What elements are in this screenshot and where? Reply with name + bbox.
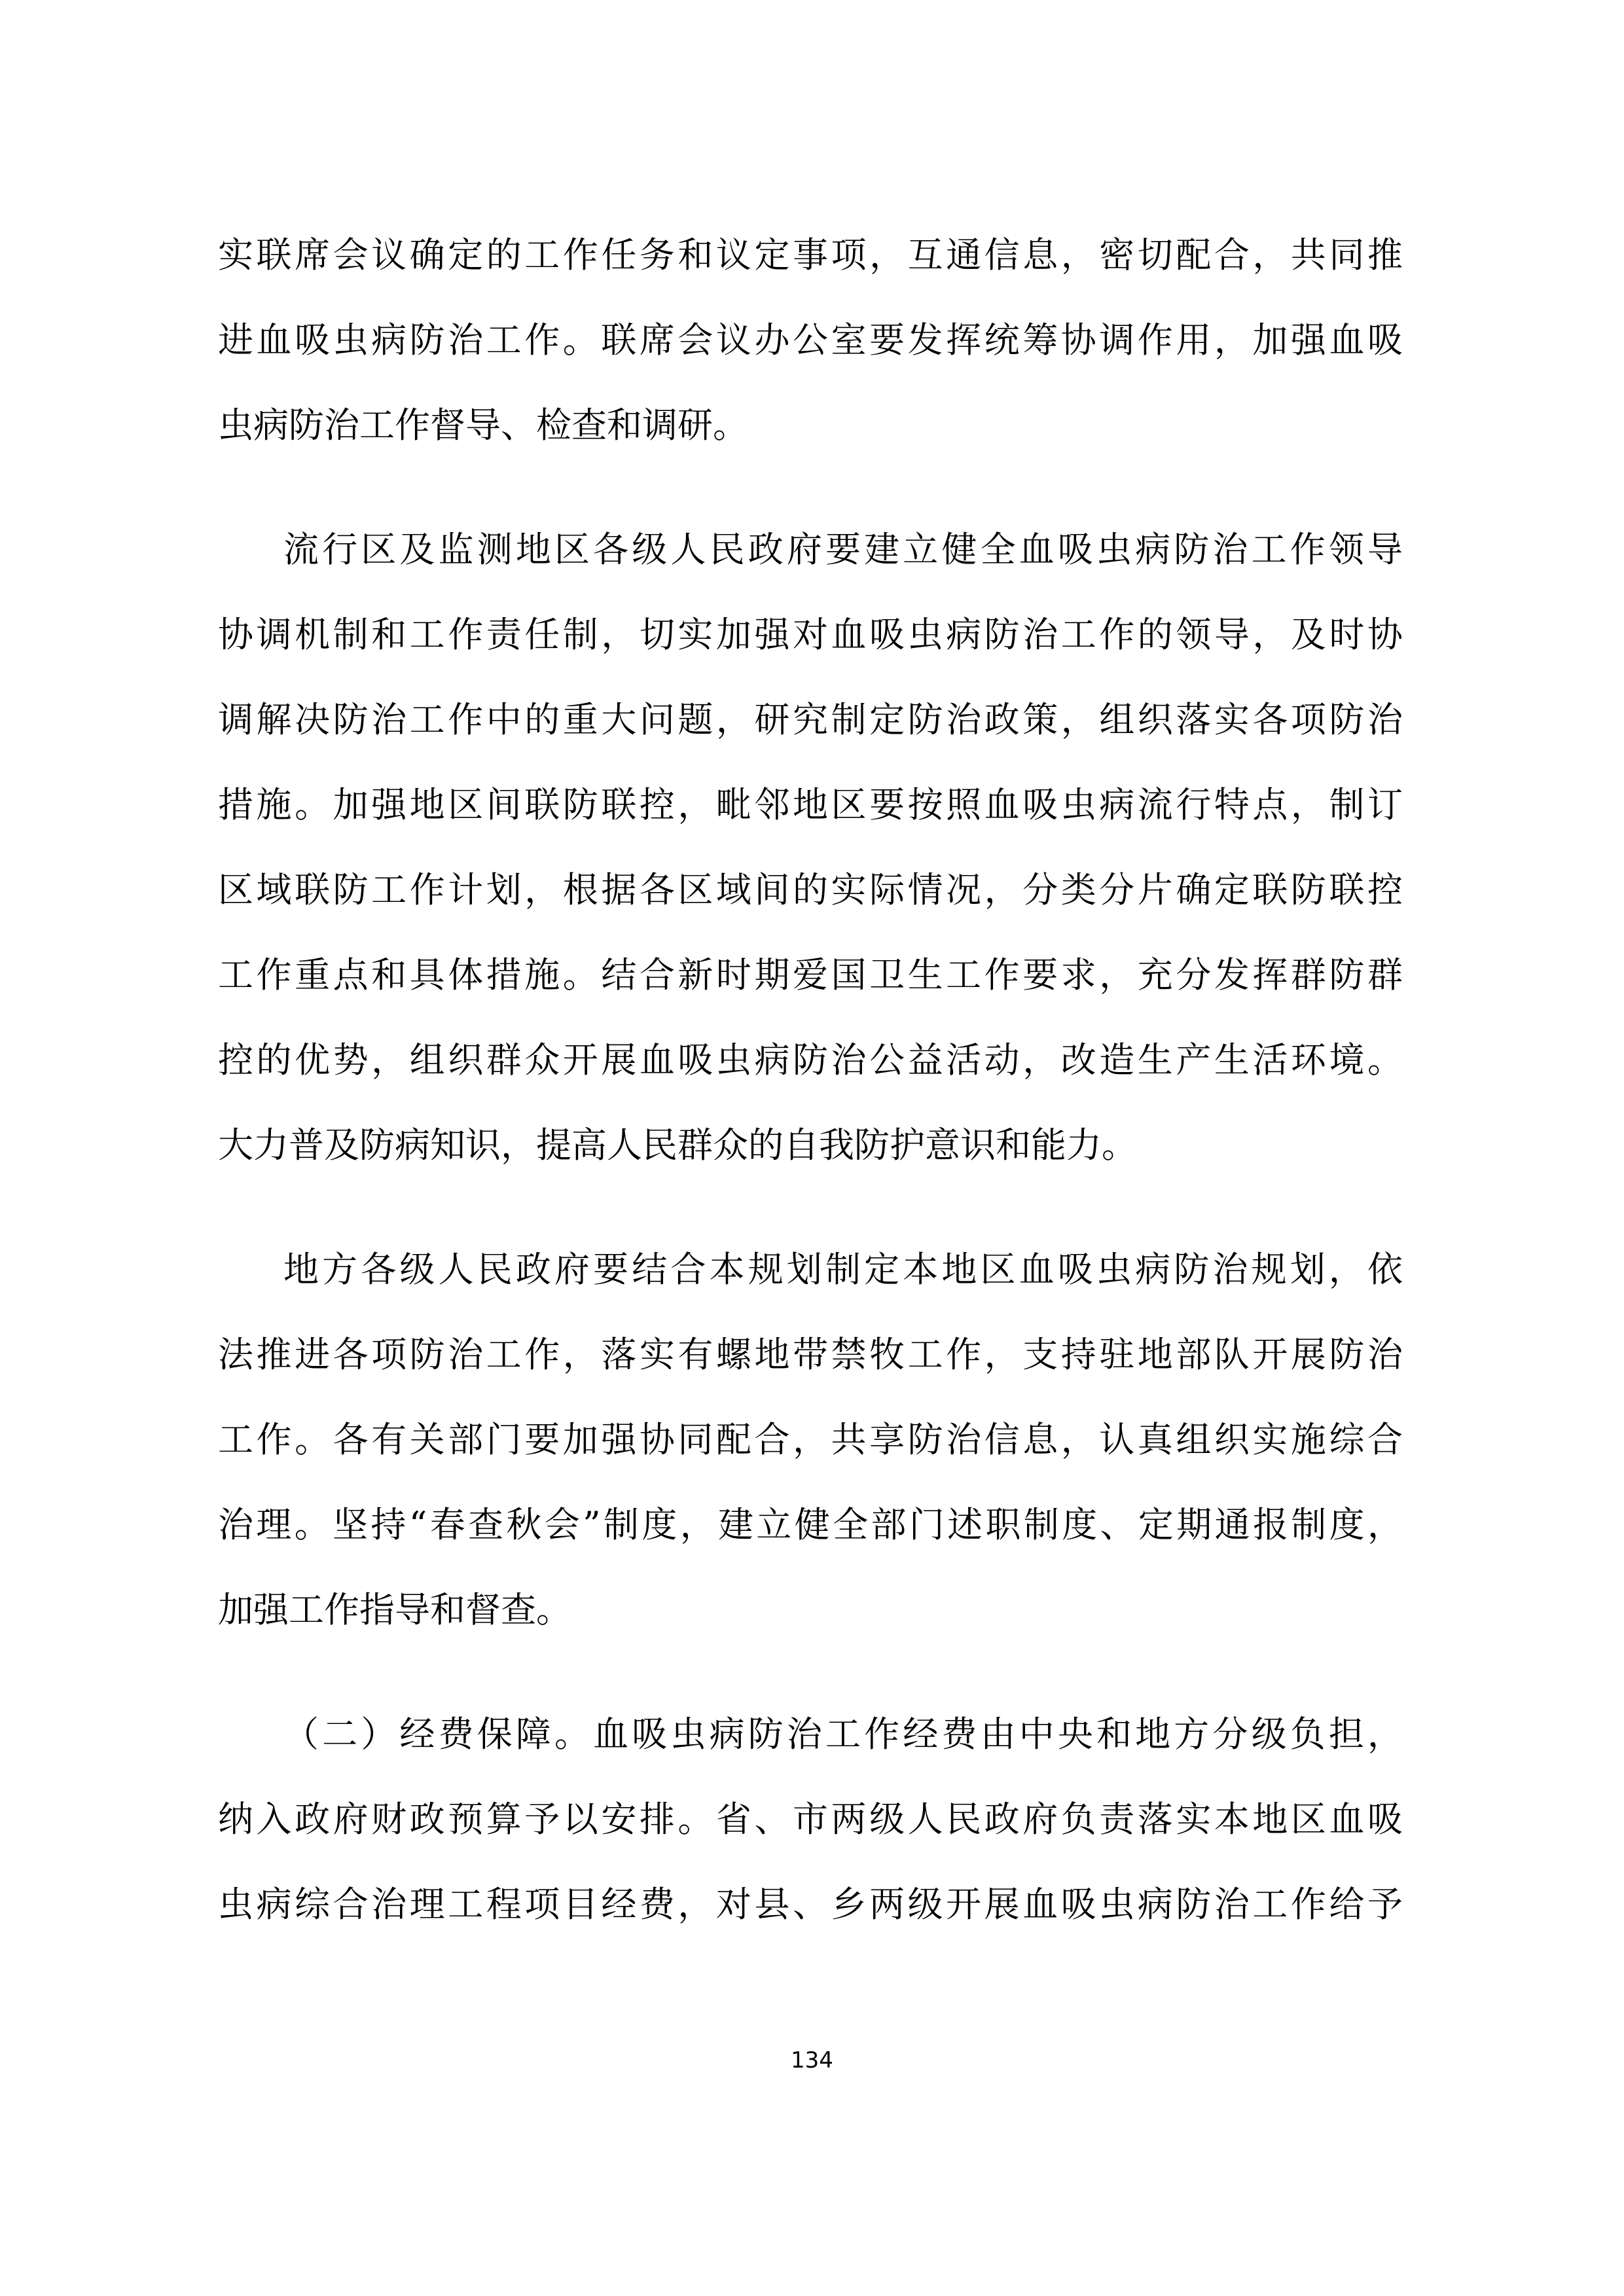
text-line: 工作重点和具体措施。结合新时期爱国卫生工作要求，充分发挥群防群 [218,956,1403,1041]
paragraph-funding: （二）经费保障。血吸虫病防治工作经费由中央和地方分级负担， 纳入政府财政预算予以… [218,1715,1403,1970]
document-page: 实联席会议确定的工作任务和议定事项，互通信息，密切配合，共同推 进血吸虫病防治工… [0,0,1624,2296]
text-line: 进血吸虫病防治工作。联席会议办公室要发挥统筹协调作用，加强血吸 [218,321,1403,406]
paragraph-local-planning: 地方各级人民政府要结合本规划制定本地区血吸虫病防治规划，依 法推进各项防治工作，… [218,1250,1403,1676]
page-number: 134 [0,2047,1624,2073]
text-line: 虫病防治工作督导、检查和调研。 [218,406,1403,491]
text-line: 实联席会议确定的工作任务和议定事项，互通信息，密切配合，共同推 [218,236,1403,321]
text-line: 治理。坚持“春查秋会”制度，建立健全部门述职制度、定期通报制度， [218,1505,1403,1590]
text-line: 地方各级人民政府要结合本规划制定本地区血吸虫病防治规划，依 [218,1250,1403,1335]
text-line: 纳入政府财政预算予以安排。省、市两级人民政府负责落实本地区血吸 [218,1800,1403,1885]
paragraph-local-governments-epidemic-areas: 流行区及监测地区各级人民政府要建立健全血吸虫病防治工作领导 协调机制和工作责任制… [218,530,1403,1211]
paragraph-joint-meeting: 实联席会议确定的工作任务和议定事项，互通信息，密切配合，共同推 进血吸虫病防治工… [218,236,1403,491]
text-line: 调解决防治工作中的重大问题，研究制定防治政策，组织落实各项防治 [218,700,1403,785]
text-line: 虫病综合治理工程项目经费，对县、乡两级开展血吸虫病防治工作给予 [218,1885,1403,1970]
text-line: 区域联防工作计划，根据各区域间的实际情况，分类分片确定联防联控 [218,870,1403,956]
text-line: 流行区及监测地区各级人民政府要建立健全血吸虫病防治工作领导 [218,530,1403,615]
text-line: 措施。加强地区间联防联控，毗邻地区要按照血吸虫病流行特点，制订 [218,785,1403,870]
text-line: 协调机制和工作责任制，切实加强对血吸虫病防治工作的领导，及时协 [218,615,1403,700]
text-line: 控的优势，组织群众开展血吸虫病防治公益活动，改造生产生活环境。 [218,1041,1403,1126]
text-line: 大力普及防病知识，提高人民群众的自我防护意识和能力。 [218,1126,1403,1211]
text-line: 法推进各项防治工作，落实有螺地带禁牧工作，支持驻地部队开展防治 [218,1335,1403,1420]
text-line: 工作。各有关部门要加强协同配合，共享防治信息，认真组织实施综合 [218,1420,1403,1505]
text-line: 加强工作指导和督查。 [218,1590,1403,1676]
section-heading-line: （二）经费保障。血吸虫病防治工作经费由中央和地方分级负担， [218,1715,1403,1800]
